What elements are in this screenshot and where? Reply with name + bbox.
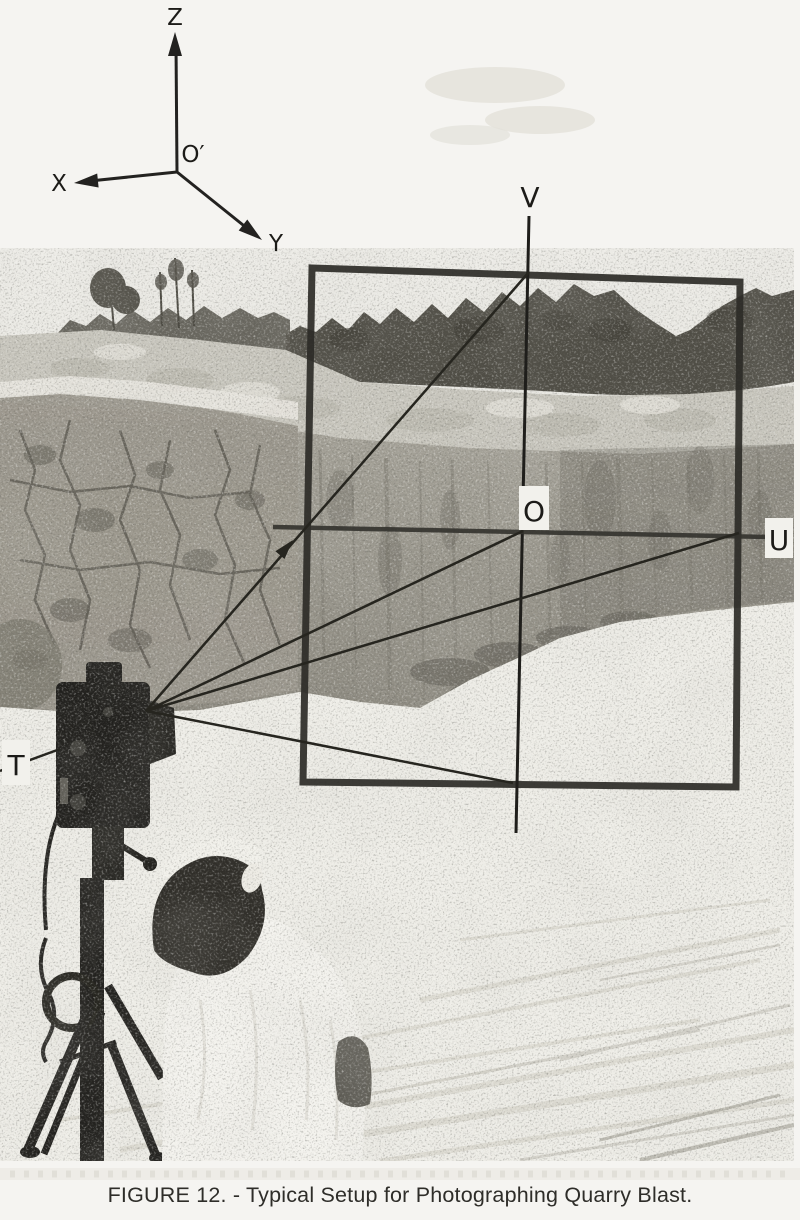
- figure-12-illustration: Z X Y O′ V O U T: [0, 0, 800, 1220]
- x-axis-arrowhead: [74, 174, 99, 188]
- figure-caption: FIGURE 12. - Typical Setup for Photograp…: [0, 1183, 800, 1208]
- x-axis-line: [90, 172, 177, 181]
- coordinate-axes-diagram: [74, 32, 262, 240]
- marker-label-U: U: [769, 524, 790, 557]
- marker-label-O: O: [523, 495, 545, 528]
- scanned-figure-page: Z X Y O′ V O U T FIGURE 12. - Typical Se…: [0, 0, 800, 1220]
- y-axis-label: Y: [268, 231, 284, 257]
- z-axis-label: Z: [167, 5, 183, 31]
- x-axis-label: X: [51, 171, 67, 197]
- z-axis-arrowhead: [168, 32, 182, 56]
- scan-smudges: [425, 67, 595, 145]
- z-axis-line: [176, 44, 177, 172]
- quarry-photograph: [0, 248, 794, 1164]
- y-axis-line: [177, 172, 248, 229]
- caption-scan-band: [0, 1168, 800, 1180]
- marker-label-V: V: [520, 181, 539, 214]
- origin-label: O′: [181, 142, 204, 168]
- film-grain-light: [0, 248, 794, 1161]
- marker-label-T: T: [6, 749, 25, 782]
